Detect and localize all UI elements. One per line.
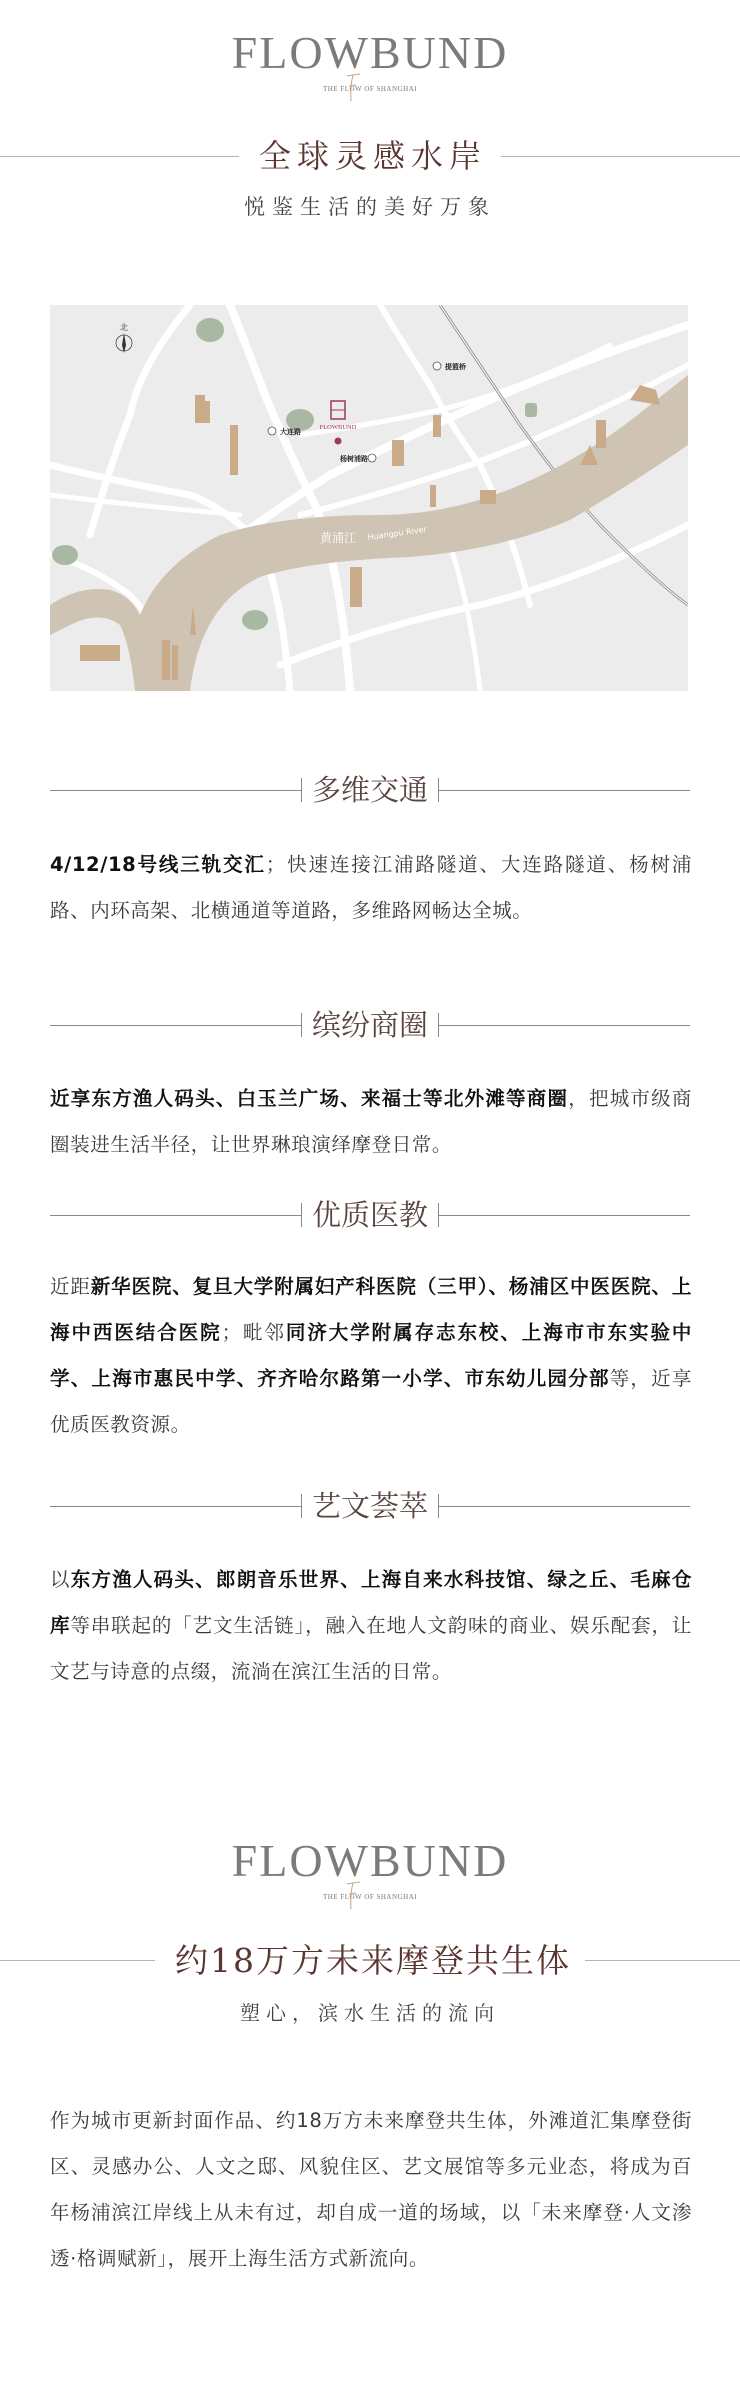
svg-text:提篮桥: 提篮桥 xyxy=(444,362,466,371)
brand-tagline-text: THE FLOW OF SHANGHAI xyxy=(323,85,417,93)
body-text: ；毗邻 xyxy=(222,1321,286,1344)
body-text: 近距 xyxy=(50,1275,91,1298)
section-body-shopping: 近享东方渔人码头、白玉兰广场、来福士等北外滩等商圈，把城市级商圈装进生活半径，让… xyxy=(50,1076,692,1168)
brand-tagline: THE FLOW OF SHANGHAI xyxy=(0,1894,740,1901)
river-label: 黄浦江 xyxy=(320,530,356,545)
body-text: 以 xyxy=(50,1568,71,1591)
brand-wordmark: FLOWBUND xyxy=(0,30,740,76)
svg-text:大连路: 大连路 xyxy=(280,427,301,436)
hero-title: 全球灵感水岸 xyxy=(239,140,501,172)
section-title: 缤纷商圈 xyxy=(302,1011,438,1040)
section-title: 优质医教 xyxy=(302,1201,438,1230)
brand-wordmark: FLOWBUND xyxy=(0,1838,740,1884)
hero2-title-row: 约18万方未来摩登共生体 xyxy=(0,1944,740,1977)
divider-line-right xyxy=(439,1025,690,1026)
brand-tagline: THE FLOW OF SHANGHAI xyxy=(0,86,740,93)
section-header-shopping: 缤纷商圈 xyxy=(50,1005,690,1045)
brand-logo-secondary: FLOWBUND THE FLOW OF SHANGHAI xyxy=(0,1838,740,1901)
divider-line-left xyxy=(0,1960,155,1961)
divider-line-left xyxy=(50,1215,301,1216)
brand-f-monogram-icon xyxy=(344,1880,362,1910)
map-graphic: 北 FLOWBUND 大连路 提篮桥 杨树浦路 黄浦江 Huangpu Rive… xyxy=(50,305,688,691)
brand-tagline-text: THE FLOW OF SHANGHAI xyxy=(323,1893,417,1901)
svg-text:杨树浦路: 杨树浦路 xyxy=(340,454,368,463)
divider-line-left xyxy=(50,790,301,791)
divider-line-left xyxy=(50,1506,301,1507)
svg-text:北: 北 xyxy=(120,322,128,332)
divider-line-right xyxy=(439,1506,690,1507)
hero2-body: 作为城市更新封面作品、约18万方未来摩登共生体，外滩道汇集摩登街区、灵感办公、人… xyxy=(50,2098,692,2282)
divider-line-right xyxy=(585,1960,740,1961)
divider-line-right xyxy=(439,1215,690,1216)
section-header-medical-education: 优质医教 xyxy=(50,1195,690,1235)
highlight-text: 近享东方渔人码头、白玉兰广场、来福士等北外滩等商圈 xyxy=(50,1087,568,1110)
highlight-text: 4/12/18号线三轨交汇 xyxy=(50,853,266,876)
hero2-title: 约18万方未来摩登共生体 xyxy=(155,1944,585,1977)
section-title: 艺文荟萃 xyxy=(302,1492,438,1521)
section-header-transport: 多维交通 xyxy=(50,770,690,810)
section-body-medical-education: 近距新华医院、复旦大学附属妇产科医院（三甲）、杨浦区中医医院、上海中西医结合医院… xyxy=(50,1264,692,1448)
section-body-transport: 4/12/18号线三轨交汇；快速连接江浦路隧道、大连路隧道、杨树浦路、内环高架、… xyxy=(50,842,692,934)
hero-subtitle: 悦鉴生活的美好万象 xyxy=(0,197,740,218)
divider-line-left xyxy=(50,1025,301,1026)
brand-logo: FLOWBUND THE FLOW OF SHANGHAI xyxy=(0,30,740,93)
brand-f-monogram-icon xyxy=(344,72,362,102)
svg-text:FLOWBUND: FLOWBUND xyxy=(320,424,357,431)
section-title: 多维交通 xyxy=(302,776,438,805)
hero-title-row: 全球灵感水岸 xyxy=(0,140,740,172)
section-header-arts: 艺文荟萃 xyxy=(50,1486,690,1526)
divider-line-right xyxy=(501,156,740,157)
hero2-subtitle: 塑心，滨水生活的流向 xyxy=(0,2003,740,2023)
location-map: 北 FLOWBUND 大连路 提篮桥 杨树浦路 黄浦江 Huangpu Rive… xyxy=(50,305,688,691)
body-text: 等串联起的「艺文生活链」，融入在地人文韵味的商业、娱乐配套，让文艺与诗意的点缀，… xyxy=(50,1614,692,1683)
divider-line-left xyxy=(0,156,239,157)
divider-line-right xyxy=(439,790,690,791)
section-body-arts: 以东方渔人码头、郎朗音乐世界、上海自来水科技馆、绿之丘、毛麻仓库等串联起的「艺文… xyxy=(50,1557,692,1695)
